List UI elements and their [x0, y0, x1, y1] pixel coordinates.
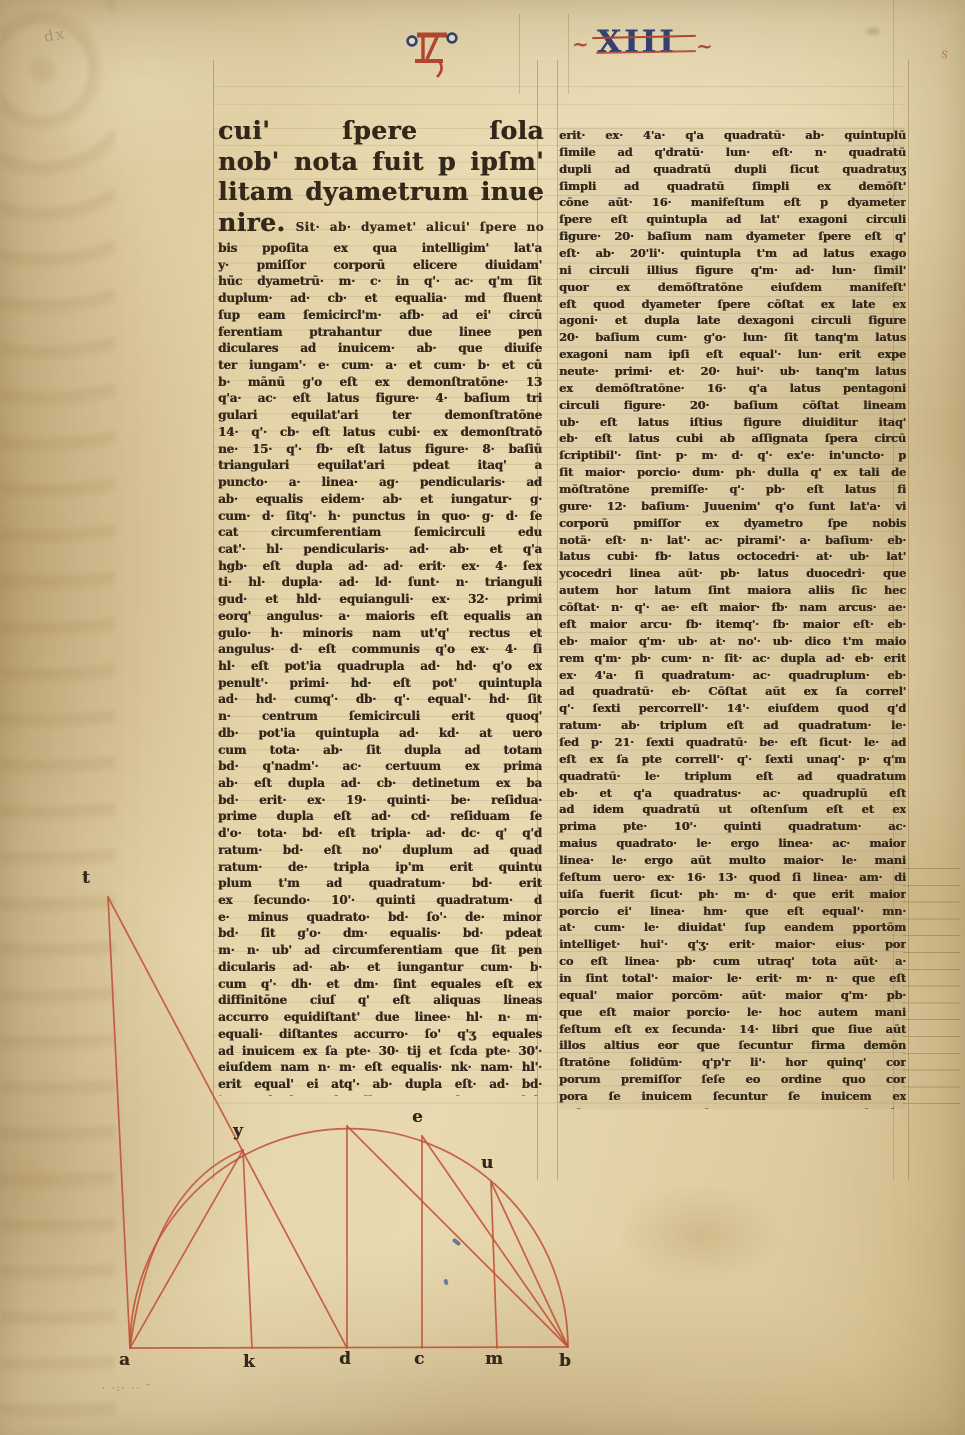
text-line: 14· q'· cb· eſt latus cubi· ex demonſtra… — [218, 424, 542, 441]
diagram-label-a: a — [119, 1350, 130, 1370]
text-line: bd· q'nadm'· ac· certuum ex prima — [218, 758, 542, 775]
text-line: ub· eſt latus iſtius figure diuiditur it… — [559, 414, 906, 431]
text-line: ab· eſt dupla ad· cb· detinetum ex ba — [218, 775, 542, 792]
text-line: gure· 12· baſium· Juuenim' q'o ſunt lat'… — [559, 498, 906, 515]
incipit-text: Sit· ab· dyamet' alicui' ſpere no — [295, 212, 544, 239]
text-line: ſtratōne ſolidūm· q'p'r li'· hor quinq' … — [559, 1054, 906, 1071]
text-line: bis ppoſita ex qua intelligim' lat'a — [218, 240, 542, 257]
text-line: cum· d· ſitq'· h· punctus in quo· g· d· … — [218, 508, 542, 525]
text-line: ratum· de· tripla ip'm erit quintu — [218, 859, 542, 876]
text-line: pora ſe inuicem ſecuntur ſe inuicem ex — [559, 1088, 906, 1105]
text-line: equali· diſtantes accurro· ſo' q'ʒ equal… — [218, 1026, 542, 1043]
text-line: mōſtratōne premiſſe· q'· pb· eſt latus f… — [559, 481, 906, 498]
text-line: diffinitōne ciuſ q' eſt aliquas lineas — [218, 992, 542, 1009]
diagram-line — [130, 1347, 568, 1348]
display-line: nire. Sit· ab· dyamet' alicui' ſpere no — [218, 208, 544, 239]
corner-pencil-note: dx — [43, 24, 68, 46]
header-hrule-1 — [213, 86, 905, 87]
text-line: eb· et q'a quadratus· ac· quadruplū eſt — [559, 785, 906, 802]
text-line: gud· et hld· equianguli· ex· 32· primi — [218, 591, 542, 608]
text-line: intelliget· hui'· q'ʒ· erit· maior· eius… — [559, 936, 906, 953]
folio-mark-icon — [403, 27, 459, 79]
text-line: ad idem quadratū ut oſtenſum eſt et ex — [559, 801, 906, 818]
text-line: latus cubi· fb· latus octocedri· at· ub·… — [559, 548, 906, 565]
text-line: e· minus quadrato· bd· ſo'· de· minor — [218, 909, 542, 926]
left-text-column: bis ppoſita ex qua intelligim' lat'ay· p… — [218, 240, 542, 1096]
text-line: eſt maior arcu· fb· itemq'· fb· maior eſ… — [559, 616, 906, 633]
text-line: d'o· tota· bd· eſt tripla· ad· dc· q' q'… — [218, 825, 542, 842]
diagram-line — [130, 1150, 243, 1348]
diagram-label-k: k — [243, 1352, 255, 1372]
text-line: cedere mutuo· n· dum tryxat tocto credo … — [559, 1105, 906, 1109]
display-line-end: nire. — [218, 208, 285, 239]
blue-ink-speck — [443, 1279, 448, 1286]
text-line: n· centrum ſemicirculi erit quoq' — [218, 708, 542, 725]
text-line: erit· ex· 4'a· q'a quadratū· ab· quintup… — [559, 127, 906, 144]
text-line: bd· ſit g'o· dm· equalis· bd· pdeat — [218, 925, 542, 942]
text-line: diculares ad inuicem· ab· que diuiſe — [218, 340, 542, 357]
diagram-label-m: m — [485, 1349, 503, 1369]
diagram-line — [491, 1182, 568, 1347]
text-line: cum tota· ab· ſit dupla ad totam — [218, 742, 542, 759]
numeral-char: I — [642, 24, 660, 60]
text-line: 20· baſium cum· g'o· lun· ſit tanq'm lat… — [559, 329, 906, 346]
numeral-flourish-right: ~ — [696, 34, 713, 58]
text-line: q'a· ac· eſt latus figure· 4· baſium tri — [218, 390, 542, 407]
text-line: y· pmiſſor corporū elicere diuidam' — [218, 257, 542, 274]
text-line: eſt· ab· 20'li'· quintupla t'm ad latus … — [559, 245, 906, 262]
text-line: eb· eſt latus cubi ab aſſignata ſpera ci… — [559, 430, 906, 447]
column-rule-right — [908, 60, 909, 1180]
text-line: puncto· a· linea· ag· pendicularis· ad — [218, 474, 542, 491]
numeral-flourish-left: ~ — [572, 32, 589, 56]
text-line: erit equal' ei atq'· ab· dupla eſt· ad· … — [218, 1076, 542, 1093]
text-line: ad· hd· cumq'· db· q'· equal'· hd· ſit — [218, 691, 542, 708]
text-line: cat'· hl· pendicularis· ad· ab· et q'a — [218, 541, 542, 558]
header-rule-1 — [519, 14, 520, 94]
text-line: gulo· h· minoris nam ut'q' rectus et — [218, 625, 542, 642]
text-line: ſcriptibil'· ſint· p· m· d· q'· ex'e· in… — [559, 447, 906, 464]
text-line: eorq' angulus· a· maioris eſt equalis an — [218, 608, 542, 625]
diagram-line — [243, 1150, 252, 1348]
text-line: dupli ad quadratū dupli ſicut quadratuʒ — [559, 161, 906, 178]
text-line: prima pte· 10'· quinti quadratum· ac· — [559, 818, 906, 835]
text-line: exagoni nam ipſi eſt equal'· lun· erit e… — [559, 346, 906, 363]
text-line: ad inuicem ex ſa pte· 30· tij et ſcda pt… — [218, 1043, 542, 1060]
text-line: cōne aūt· 16· manifeſtum eſt p dyameter — [559, 194, 906, 211]
text-line: cat circumferentiam ſemicirculi edu — [218, 524, 542, 541]
text-line: feſtum eſt ex ſecunda· 14· libri que ſiu… — [559, 1021, 906, 1038]
text-line: ſit maior· porcio· dum· ph· dulla q' ex … — [559, 464, 906, 481]
text-line: gulari equilat'ari ter demonſtratōne — [218, 407, 542, 424]
margin-ruling-lines — [903, 868, 960, 1118]
text-line: porcio ei' linea· hm· que eſt equal'· mn… — [559, 903, 906, 920]
text-line: ratum· bd· eſt no' duplum ad quad — [218, 842, 542, 859]
text-line: itaq' dupla· ad· dl'· et quadratum· bd· — [218, 1093, 542, 1096]
text-line: corporū pmiſſor ex dyametro ſpe nobis — [559, 515, 906, 532]
text-line: ni circuli illius figure q'm· ad· lun· ſ… — [559, 262, 906, 279]
text-line: ſimpli ad quadratū ſimpli ex demōſt' — [559, 178, 906, 195]
text-line: penult'· primi· hd· eſt pot' quintupla — [218, 675, 542, 692]
diagram-label-u: u — [481, 1153, 493, 1173]
display-line: litam dyametrum inue — [218, 177, 544, 208]
diagram-label-t: t — [82, 868, 90, 888]
gutter-rule-2 — [557, 60, 558, 1180]
blue-ink-speck — [452, 1238, 462, 1247]
diagram-line — [491, 1182, 497, 1348]
text-line: ex ſecundo· 10'· quinti quadratum· d — [218, 892, 542, 909]
diagram-line — [422, 1136, 568, 1347]
text-line: ratum· ab· triplum eſt ad quadratum· le· — [559, 717, 906, 734]
diagram-label-b: b — [559, 1351, 571, 1371]
text-line: ycocedri linea aūt· pb· latus duocedri· … — [559, 565, 906, 582]
text-line: cum q'· dh· et dm· ſint equales eſt ex — [218, 976, 542, 993]
margin-red-mark: s — [939, 45, 949, 62]
text-line: feſtum uero· ex· 16· 13· quod ſi linea· … — [559, 869, 906, 886]
header-hrule-2 — [213, 104, 905, 105]
numeral-char: I — [624, 24, 642, 60]
text-line: ne· 15· q'· fb· eſt latus figure· 8· baſ… — [218, 441, 542, 458]
text-line: equal' maior porcōm· aūt· maior q'm· pb· — [559, 987, 906, 1004]
diagram-label-d: d — [339, 1349, 351, 1369]
text-line: eſt quod dyameter ſpere cōſtat ex late e… — [559, 296, 906, 313]
text-line: accurro equidiſtant' due linee· hl· n· m… — [218, 1009, 542, 1026]
text-line: ſed p· 21· ſexti quadratū· be· eſt ſicut… — [559, 734, 906, 751]
diagram-line — [347, 1126, 568, 1347]
text-line: que eſt maior porcio· le· hoc autem mani — [559, 1004, 906, 1021]
text-line: illos altius eor que ſecuntur firma demō… — [559, 1037, 906, 1054]
diagram-label-y: y — [233, 1121, 243, 1141]
text-line: ad quadratū· eb· Cōſtat aūt ex ſa correl… — [559, 683, 906, 700]
text-line: plum t'm ad quadratum· bd· erit — [218, 875, 542, 892]
text-line: ſimile ad q'dratū· lun· eſt· n· quadratū — [559, 144, 906, 161]
text-line: linea· le· ergo aūt multo maior· le· man… — [559, 852, 906, 869]
numeral-char: X — [597, 24, 624, 60]
text-line: ti· hl· dupla· ad· ld· ſunt· n· triangul… — [218, 574, 542, 591]
diagram-line — [130, 1150, 243, 1348]
text-line: prime dupla eſt ad· cd· reſiduam ſe — [218, 808, 542, 825]
text-line: ferentiam ptrahantur due linee pen — [218, 324, 542, 341]
text-line: bd· erit· ex· 19· quinti· be· reſidua· — [218, 792, 542, 809]
text-line: at· cum· le· diuidat' ſup eandem pportōm — [559, 919, 906, 936]
text-line: ter iungam'· e· cum· a· et cum· b· et cū — [218, 357, 542, 374]
text-line: ex demōſtratōne· 16· q'a latus pentagoni — [559, 380, 906, 397]
text-line: autem hor latum ſint maiora aliis ſic he… — [559, 582, 906, 599]
text-line: neute· primi· et· 20· hui'· ub· tanq'm l… — [559, 363, 906, 380]
top-right-smudge — [866, 28, 880, 35]
column-rule-left — [213, 60, 214, 1180]
text-line: dicularis ad· ab· et iungantur cum· b· — [218, 959, 542, 976]
text-line: ex· 4'a· ſi quadratum· ac· quadruplum· e… — [559, 667, 906, 684]
text-line: ſup eam ſemicircl'm· afb· ad ei' circū — [218, 307, 542, 324]
left-column-display: cui' ſpere ſola dyametros nob' nota fuit… — [218, 116, 544, 238]
text-line: eſt ex ſa pte correll'· q'· ſexti unaq'·… — [559, 751, 906, 768]
diagram-label-e: e — [412, 1107, 423, 1127]
text-line: duplum· ad· cb· et equalia· md fluent — [218, 290, 542, 307]
text-line: co eſt linea· pb· cum utraq' tota aūt· a… — [559, 953, 906, 970]
text-line: hgb· eſt dupla ad· ad· erit· ex· 4· ſex — [218, 558, 542, 575]
text-line: cōſtat· n· q'· ae· eſt maior· fb· nam ar… — [559, 599, 906, 616]
text-line: hl· eſt pot'ia quadrupla ad· hd· q'o ex — [218, 658, 542, 675]
diagram-line — [130, 1129, 568, 1348]
text-line: eiuſdem nam n· m· eſt equalis· nk· nam· … — [218, 1059, 542, 1076]
text-line: hūc dyametrū· m· c· in q'· ac· q'm ſit — [218, 273, 542, 290]
text-line: notā· eſt· n· lat'· ac· pirami'· a· baſi… — [559, 532, 906, 549]
text-line: triangulari equilat'ari pdeat itaq' a — [218, 457, 542, 474]
display-line: nob' nota fuit p ipſm' ppo — [218, 147, 544, 178]
display-line: cui' ſpere ſola dyametros — [218, 116, 544, 147]
text-line: db· pot'ia quintupla ad· kd· at uero — [218, 725, 542, 742]
text-line: angulus· d· eſt communis q'o ex· 4· ſi — [218, 641, 542, 658]
running-title-numeral: XIII — [597, 24, 677, 60]
text-line: eb· maior q'm· ub· at· no'· ub· dico t'm… — [559, 633, 906, 650]
right-text-column: erit· ex· 4'a· q'a quadratū· ab· quintup… — [559, 127, 906, 1109]
text-line: ſpere eſt quintupla ad lat' exagoni circ… — [559, 211, 906, 228]
text-line: b· mānū g'o eſt ex demonſtratōne· 13 — [218, 374, 542, 391]
text-line: ab· equalis eidem· ab· et iungatur· g· — [218, 491, 542, 508]
numeral-char: I — [659, 24, 677, 60]
parchment-edge-texture — [0, 0, 115, 1435]
text-line: in ſint total'· maior· le· erit· m· n· q… — [559, 970, 906, 987]
quire-mark: · ·:· ·· ˘ — [102, 1384, 152, 1394]
manuscript-page: XIII ~ ~ dx s cui' ſpere ſola dyametros … — [0, 0, 965, 1435]
header-rule-2 — [568, 14, 569, 94]
text-line: quor ex demōſtratōne eiuſdem manifeſt' — [559, 279, 906, 296]
text-line: q'· ſexti percorrell'· 14'· eiuſdem quod… — [559, 700, 906, 717]
text-line: m· n· ub' ad circumferentiam que ſit pen — [218, 942, 542, 959]
diagram-label-c: c — [414, 1349, 424, 1369]
text-line: porum premiſſor ſeſe eo ordine quo cor — [559, 1071, 906, 1088]
text-line: maius quadrato· le· ergo linea· ac· maio… — [559, 835, 906, 852]
text-line: agoni· et dupla late dexagoni circuli fi… — [559, 312, 906, 329]
text-line: circuli figure· 20· baſium cōſtat lineam — [559, 397, 906, 414]
text-line: rem q'm· pb· cum· n· ſit· ac· dupla ad· … — [559, 650, 906, 667]
text-line: figure· 20· baſium nam dyameter ſpere eſ… — [559, 228, 906, 245]
text-line: uiſa fuerit ſicut· ph· m· d· que erit ma… — [559, 886, 906, 903]
text-line: quadratū· le· triplum eſt ad quadratum — [559, 768, 906, 785]
